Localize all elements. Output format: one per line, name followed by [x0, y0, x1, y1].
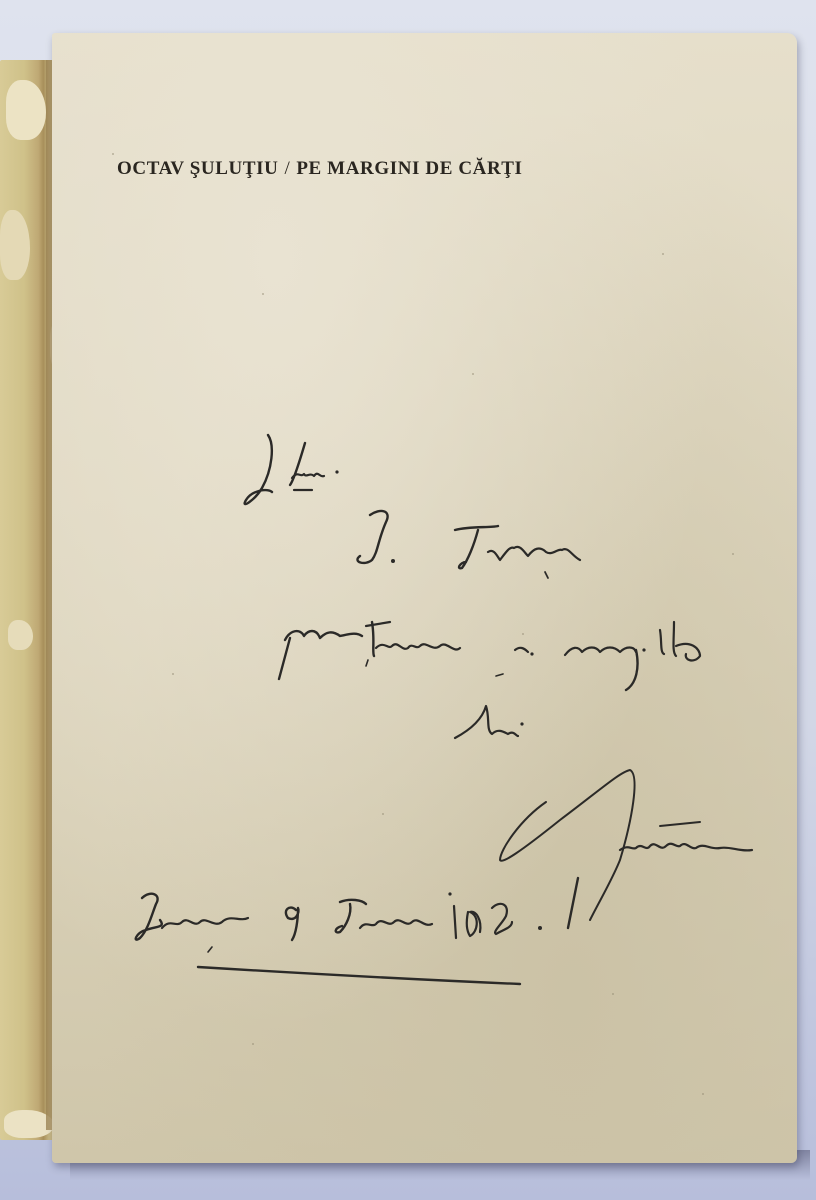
- handwriting-body: [279, 622, 700, 690]
- handwriting-signature: [500, 770, 752, 920]
- handwriting-salutation: [245, 435, 339, 504]
- handwritten-dedication: [0, 0, 816, 1200]
- handwriting-place-date: [136, 878, 578, 984]
- handwriting-recipient: [357, 511, 580, 578]
- handwriting-body-line2: [455, 706, 524, 738]
